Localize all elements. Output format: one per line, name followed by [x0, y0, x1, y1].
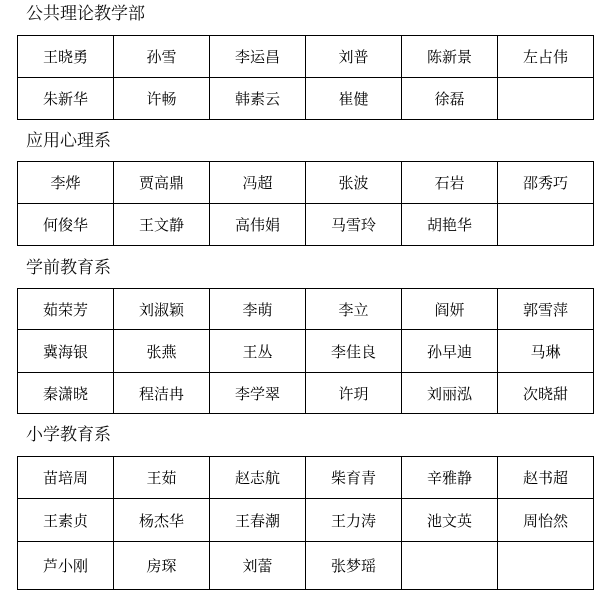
name-cell: 许玥: [306, 373, 402, 414]
name-cell: 李烨: [18, 162, 114, 204]
table-row: 茹荣芳 刘淑颖 李萌 李立 阎妍 郭雪萍: [18, 289, 594, 330]
section-title-applied-psychology: 应用心理系: [26, 131, 111, 151]
name-cell: 秦潇晓: [18, 373, 114, 414]
name-cell: 左占伟: [498, 36, 594, 78]
empty-cell: [498, 542, 594, 590]
name-cell: 辛雅静: [402, 457, 498, 499]
section-title-public-theory: 公共理论教学部: [26, 4, 145, 24]
table-row: 芦小刚 房琛 刘蕾 张梦瑶: [18, 542, 594, 590]
name-cell: 孙雪: [114, 36, 210, 78]
table-preschool-education: 茹荣芳 刘淑颖 李萌 李立 阎妍 郭雪萍 冀海银 张燕 王丛 李佳良 孙早迪 马…: [17, 288, 594, 414]
table-row: 何俊华 王文静 高伟娟 马雪玲 胡艳华: [18, 204, 594, 246]
table-row: 苗培周 王茹 赵志航 柴育青 辛雅静 赵书超: [18, 457, 594, 499]
name-cell: 刘蕾: [210, 542, 306, 590]
name-cell: 张波: [306, 162, 402, 204]
name-cell: 王丛: [210, 330, 306, 373]
name-cell: 王力涛: [306, 499, 402, 542]
name-cell: 石岩: [402, 162, 498, 204]
name-cell: 马琳: [498, 330, 594, 373]
name-cell: 胡艳华: [402, 204, 498, 246]
name-cell: 赵书超: [498, 457, 594, 499]
name-cell: 柴育青: [306, 457, 402, 499]
name-cell: 李学翠: [210, 373, 306, 414]
name-cell: 周怡然: [498, 499, 594, 542]
name-cell: 贾高鼎: [114, 162, 210, 204]
table-primary-education: 苗培周 王茹 赵志航 柴育青 辛雅静 赵书超 王素贞 杨杰华 王春潮 王力涛 池…: [17, 456, 594, 590]
table-row: 秦潇晓 程洁冉 李学翠 许玥 刘丽泓 次晓甜: [18, 373, 594, 414]
name-cell: 次晓甜: [498, 373, 594, 414]
name-cell: 崔健: [306, 78, 402, 120]
name-cell: 冀海银: [18, 330, 114, 373]
name-cell: 许畅: [114, 78, 210, 120]
name-cell: 冯超: [210, 162, 306, 204]
name-cell: 陈新景: [402, 36, 498, 78]
name-cell: 苗培周: [18, 457, 114, 499]
name-cell: 何俊华: [18, 204, 114, 246]
name-cell: 阎妍: [402, 289, 498, 330]
name-cell: 李运昌: [210, 36, 306, 78]
name-cell: 徐磊: [402, 78, 498, 120]
name-cell: 程洁冉: [114, 373, 210, 414]
name-cell: 王素贞: [18, 499, 114, 542]
name-cell: 茹荣芳: [18, 289, 114, 330]
table-row: 冀海银 张燕 王丛 李佳良 孙早迪 马琳: [18, 330, 594, 373]
name-cell: 王文静: [114, 204, 210, 246]
table-row: 朱新华 许畅 韩素云 崔健 徐磊: [18, 78, 594, 120]
name-cell: 刘丽泓: [402, 373, 498, 414]
empty-cell: [402, 542, 498, 590]
section-title-preschool-education: 学前教育系: [26, 258, 111, 278]
name-cell: 王晓勇: [18, 36, 114, 78]
name-cell: 孙早迪: [402, 330, 498, 373]
table-row: 王素贞 杨杰华 王春潮 王力涛 池文英 周怡然: [18, 499, 594, 542]
name-cell: 赵志航: [210, 457, 306, 499]
name-cell: 李佳良: [306, 330, 402, 373]
name-cell: 芦小刚: [18, 542, 114, 590]
table-row: 李烨 贾高鼎 冯超 张波 石岩 邵秀巧: [18, 162, 594, 204]
name-cell: 张梦瑶: [306, 542, 402, 590]
name-cell: 郭雪萍: [498, 289, 594, 330]
name-cell: 王春潮: [210, 499, 306, 542]
name-cell: 池文英: [402, 499, 498, 542]
name-cell: 刘淑颖: [114, 289, 210, 330]
name-cell: 李萌: [210, 289, 306, 330]
empty-cell: [498, 78, 594, 120]
name-cell: 马雪玲: [306, 204, 402, 246]
name-cell: 韩素云: [210, 78, 306, 120]
table-applied-psychology: 李烨 贾高鼎 冯超 张波 石岩 邵秀巧 何俊华 王文静 高伟娟 马雪玲 胡艳华: [17, 161, 594, 246]
name-cell: 高伟娟: [210, 204, 306, 246]
name-cell: 邵秀巧: [498, 162, 594, 204]
name-cell: 李立: [306, 289, 402, 330]
name-cell: 房琛: [114, 542, 210, 590]
empty-cell: [498, 204, 594, 246]
name-cell: 张燕: [114, 330, 210, 373]
name-cell: 王茹: [114, 457, 210, 499]
name-cell: 朱新华: [18, 78, 114, 120]
section-title-primary-education: 小学教育系: [26, 425, 111, 445]
table-public-theory: 王晓勇 孙雪 李运昌 刘普 陈新景 左占伟 朱新华 许畅 韩素云 崔健 徐磊: [17, 35, 594, 120]
name-cell: 刘普: [306, 36, 402, 78]
name-cell: 杨杰华: [114, 499, 210, 542]
table-row: 王晓勇 孙雪 李运昌 刘普 陈新景 左占伟: [18, 36, 594, 78]
